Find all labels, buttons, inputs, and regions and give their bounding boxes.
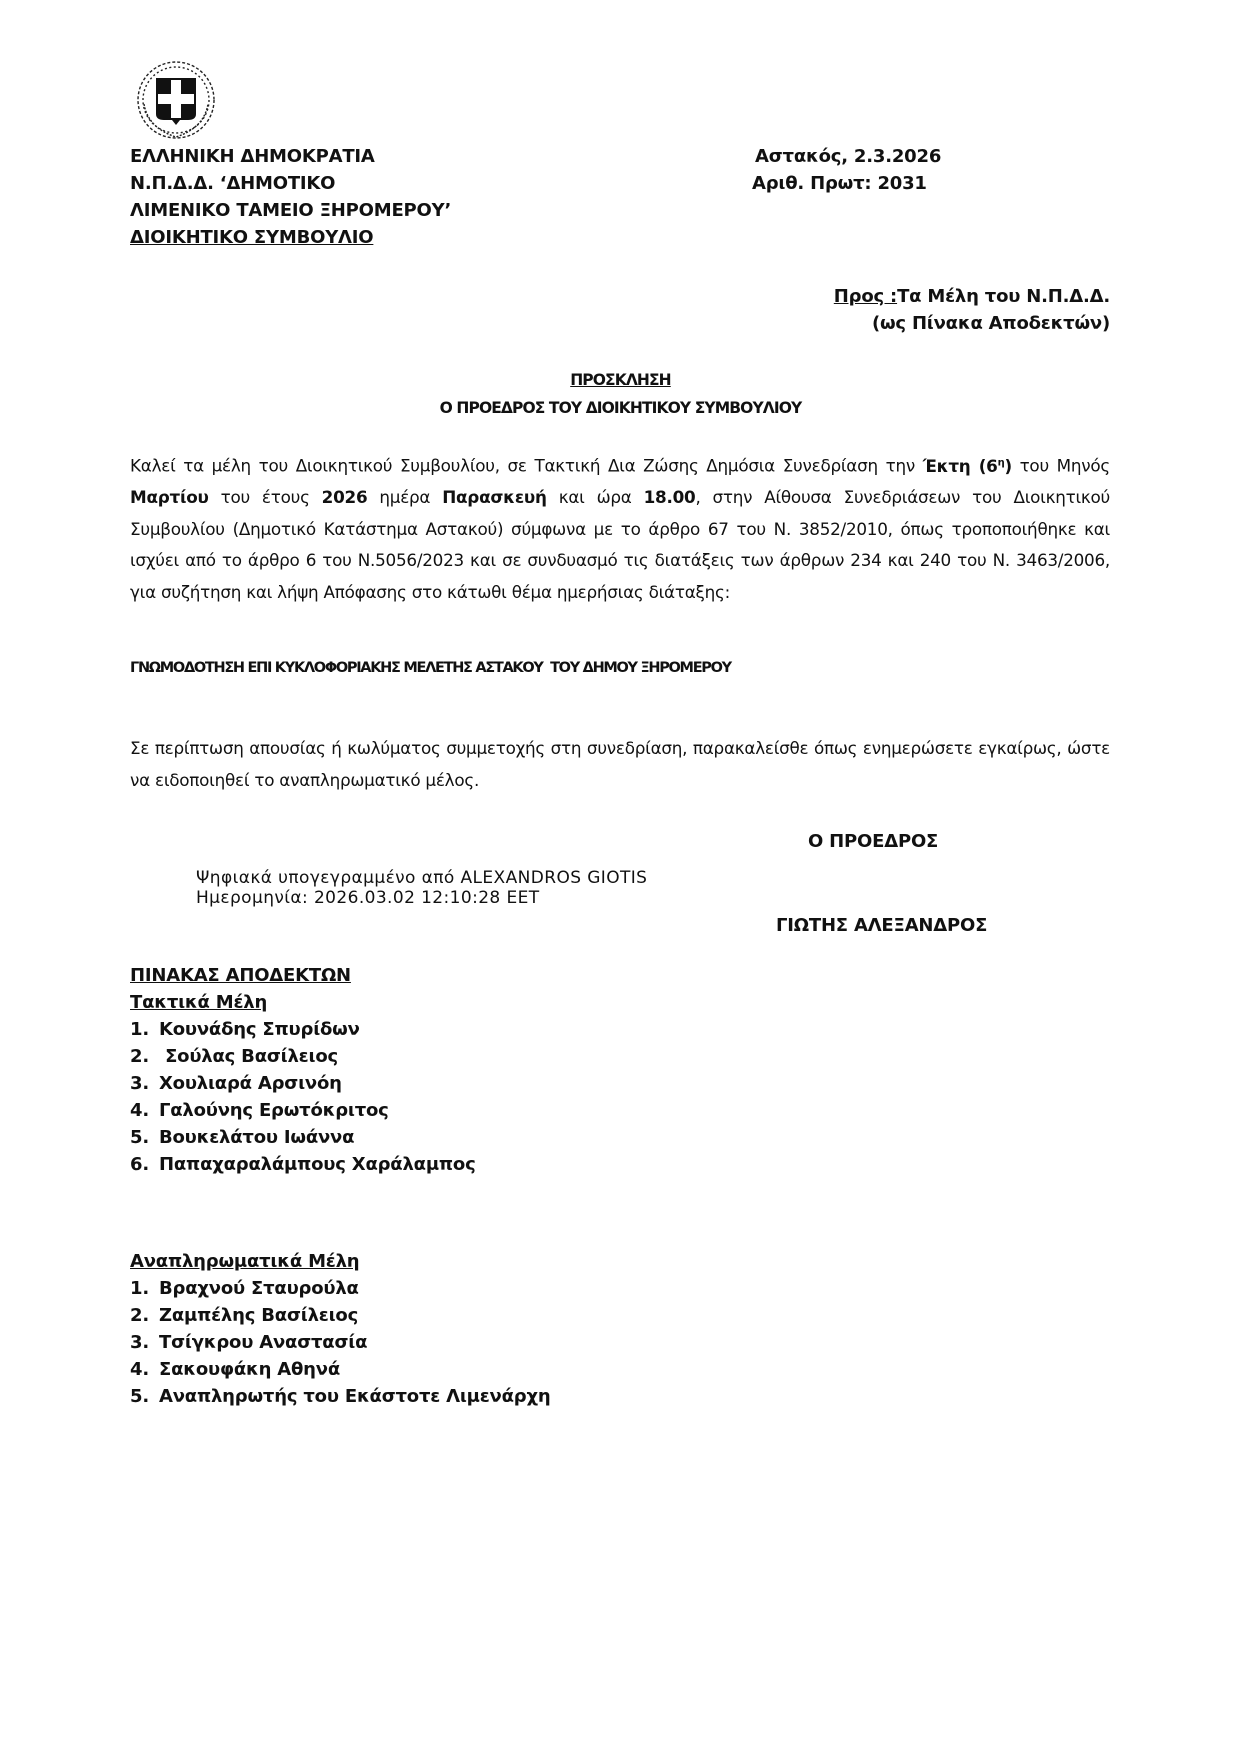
list-item-number: 3. (130, 1070, 159, 1097)
intro-text: του έτους (209, 487, 322, 507)
meeting-month: Μαρτίου (130, 487, 209, 507)
member-name: Τσίγκρου Αναστασία (159, 1329, 367, 1356)
intro-text: ημέρα (367, 487, 442, 507)
meeting-time: 18.00 (644, 487, 696, 507)
digital-signed-by: Ψηφιακά υπογεγραμμένο από ALEXANDROS GIO… (196, 868, 647, 888)
list-item: 3.Τσίγκρου Αναστασία (130, 1329, 551, 1356)
intro-text: του Μηνός (1012, 456, 1110, 476)
alternate-members-list: 1.Βραχνού Σταυρούλα2.Ζαμπέλης Βασίλειος3… (130, 1275, 551, 1410)
issuer-line-4: ΔΙΟΙΚΗΤΙΚΟ ΣΥΜΒΟΥΛΙΟ (130, 224, 451, 251)
member-name: Γαλούνης Ερωτόκριτος (159, 1097, 389, 1124)
list-item-number: 3. (130, 1329, 159, 1356)
list-item-number: 5. (130, 1383, 159, 1410)
president-title: Ο ΠΡΟΕΔΡΟΣ (808, 828, 938, 855)
member-name: Σούλας Βασίλειος (159, 1043, 338, 1070)
recipient-block: Προς :Τα Μέλη του Ν.Π.Δ.Δ. (ως Πίνακα Απ… (834, 283, 1110, 337)
member-name: Βουκελάτου Ιωάννα (159, 1124, 354, 1151)
protocol-number: Αριθ. Πρωτ: 2031 (752, 170, 941, 197)
member-name: Κουνάδης Σπυρίδων (159, 1016, 360, 1043)
list-item-number: 2. (130, 1043, 159, 1070)
recipients-heading: ΠΙΝΑΚΑΣ ΑΠΟΔΕΚΤΩΝ (130, 962, 476, 989)
ordinal-close: ) (1004, 456, 1011, 476)
recipient-text: Τα Μέλη του Ν.Π.Δ.Δ. (897, 286, 1110, 307)
meeting-year: 2026 (322, 487, 368, 507)
list-item: 3.Χουλιαρά Αρσινόη (130, 1070, 476, 1097)
regular-members-list: 1.Κουνάδης Σπυρίδων2. Σούλας Βασίλειος3.… (130, 1016, 476, 1178)
absence-note: Σε περίπτωση απουσίας ή κωλύματος συμμετ… (130, 733, 1110, 796)
recipient-note: (ως Πίνακα Αποδεκτών) (834, 310, 1110, 337)
list-item: 1.Κουνάδης Σπυρίδων (130, 1016, 476, 1043)
member-name: Σακουφάκη Αθηνά (159, 1356, 340, 1383)
list-item-number: 2. (130, 1302, 159, 1329)
alternate-members-heading: Αναπληρωματικά Μέλη (130, 1248, 551, 1275)
document-title: ΠΡΟΣΚΛΗΣΗ (0, 371, 1241, 389)
regular-members-heading: Τακτικά Μέλη (130, 989, 476, 1016)
list-item: 2.Ζαμπέλης Βασίλειος (130, 1302, 551, 1329)
place-date: Αστακός, 2.3.2026 (752, 143, 941, 170)
date-protocol-block: Αστακός, 2.3.2026 Αριθ. Πρωτ: 2031 (752, 143, 941, 197)
meeting-day: Παρασκευή (442, 487, 546, 507)
list-item: 4.Σακουφάκη Αθηνά (130, 1356, 551, 1383)
intro-text: και ώρα (547, 487, 644, 507)
list-item-number: 5. (130, 1124, 159, 1151)
list-item: 2. Σούλας Βασίλειος (130, 1043, 476, 1070)
issuer-line-2: Ν.Π.Δ.Δ. ‘ΔΗΜΟΤΙΚΟ (130, 170, 451, 197)
member-name: Αναπληρωτής του Εκάστοτε Λιμενάρχη (159, 1383, 551, 1410)
agenda-subject: ΓΝΩΜΟΔΟΤΗΣΗ ΕΠΙ ΚΥΚΛΟΦΟΡΙΑΚΗΣ ΜΕΛΕΤΗΣ ΑΣ… (130, 660, 731, 676)
list-item: 6.Παπαχαραλάμπους Χαράλαμπος (130, 1151, 476, 1178)
issuer-line-3: ΛΙΜΕΝΙΚΟ ΤΑΜΕΙΟ ΞΗΡΟΜΕΡΟΥ’ (130, 197, 451, 224)
list-item-number: 4. (130, 1097, 159, 1124)
list-item-number: 4. (130, 1356, 159, 1383)
list-item-number: 1. (130, 1275, 159, 1302)
list-item: 4.Γαλούνης Ερωτόκριτος (130, 1097, 476, 1124)
list-item: 1.Βραχνού Σταυρούλα (130, 1275, 551, 1302)
intro-text: Καλεί τα μέλη του Διοικητικού Συμβουλίου… (130, 456, 923, 476)
member-name: Ζαμπέλης Βασίλειος (159, 1302, 358, 1329)
recipients-table: ΠΙΝΑΚΑΣ ΑΠΟΔΕΚΤΩΝ Τακτικά Μέλη 1.Κουνάδη… (130, 962, 476, 1178)
greek-coat-of-arms-icon (134, 58, 218, 142)
list-item: 5.Βουκελάτου Ιωάννα (130, 1124, 476, 1151)
list-item-number: 6. (130, 1151, 159, 1178)
member-name: Χουλιαρά Αρσινόη (159, 1070, 342, 1097)
member-name: Παπαχαραλάμπους Χαράλαμπος (159, 1151, 476, 1178)
alternate-members-block: Αναπληρωματικά Μέλη 1.Βραχνού Σταυρούλα2… (130, 1248, 551, 1410)
meeting-ordinal: Έκτη (6 (923, 456, 998, 476)
document-subtitle: Ο ΠΡΟΕΔΡΟΣ ΤΟΥ ΔΙΟΙΚΗΤΙΚΟΥ ΣΥΜΒΟΥΛΙΟΥ (0, 399, 1241, 417)
list-item-number: 1. (130, 1016, 159, 1043)
digital-signature: Ψηφιακά υπογεγραμμένο από ALEXANDROS GIO… (196, 868, 647, 908)
president-name: ΓΙΩΤΗΣ ΑΛΕΞΑΝΔΡΟΣ (776, 912, 987, 939)
digital-signature-date: Ημερομηνία: 2026.03.02 12:10:28 EET (196, 888, 647, 908)
issuer-block: ΕΛΛΗΝΙΚΗ ΔΗΜΟΚΡΑΤΙΑ Ν.Π.Δ.Δ. ‘ΔΗΜΟΤΙΚΟ Λ… (130, 143, 451, 251)
list-item: 5.Αναπληρωτής του Εκάστοτε Λιμενάρχη (130, 1383, 551, 1410)
issuer-line-1: ΕΛΛΗΝΙΚΗ ΔΗΜΟΚΡΑΤΙΑ (130, 143, 451, 170)
recipient-label: Προς : (834, 286, 897, 307)
invitation-paragraph: Καλεί τα μέλη του Διοικητικού Συμβουλίου… (130, 447, 1110, 608)
member-name: Βραχνού Σταυρούλα (159, 1275, 359, 1302)
